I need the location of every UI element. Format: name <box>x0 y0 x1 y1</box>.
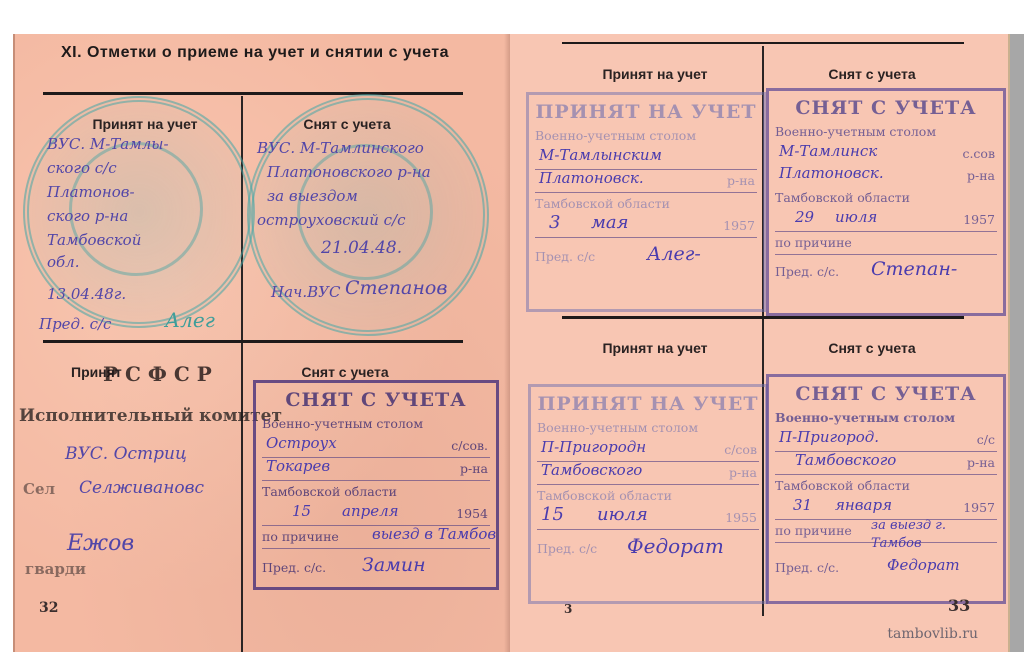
middle-rule <box>43 340 463 343</box>
section-title: XI. Отметки о приеме на учет и снятии с … <box>45 42 465 64</box>
chief-label: Нач.ВУС <box>271 282 340 302</box>
middle-rule <box>562 316 964 319</box>
right-page: Принят на учет Снят с учета ПРИНЯТ НА УЧ… <box>510 34 1008 652</box>
removed-header: Снят с учета <box>247 116 447 132</box>
signature: Алег <box>165 310 215 330</box>
removed-header: Снят с учета <box>772 340 972 356</box>
accepted-stamp: ПРИНЯТ НА УЧЕТ Военно-учетным столом П-П… <box>528 384 768 604</box>
accepted-header: Принят на учет <box>55 116 235 132</box>
left-page: XI. Отметки о приеме на учет и снятии с … <box>13 34 512 652</box>
chair-label: Пред. с/с <box>39 314 111 334</box>
accepted-header: Принят на учет <box>560 66 750 82</box>
removed-stamp: СНЯТ С УЧЕТА Военно-учетным столом П-При… <box>766 374 1006 604</box>
top-rule <box>43 92 463 95</box>
watermark: tambovlib.ru <box>887 626 978 642</box>
top-rule <box>562 42 964 44</box>
page-number-left: 3 <box>564 602 572 616</box>
removed-stamp: СНЯТ С УЧЕТА Военно-учетным столом Остро… <box>253 380 499 590</box>
committee-overprint: Исполнительный комитет <box>19 406 282 426</box>
accepted-stamp: ПРИНЯТ НА УЧЕТ Военно-учетным столом М-Т… <box>526 92 766 312</box>
removed-header: Снят с учета <box>285 364 405 380</box>
removed-stamp: СНЯТ С УЧЕТА Военно-учетным столом М-Там… <box>766 88 1006 316</box>
removed-header: Снят с учета <box>772 66 972 82</box>
signature: Степанов <box>345 278 447 298</box>
signature: Ежов <box>67 534 134 554</box>
page-number: 32 <box>39 600 58 616</box>
page-number: 33 <box>948 596 970 615</box>
rsfsr-overprint: Р С Ф С Р <box>103 362 212 386</box>
accepted-header: Принят на учет <box>560 340 750 356</box>
page-edge <box>1008 34 1024 652</box>
